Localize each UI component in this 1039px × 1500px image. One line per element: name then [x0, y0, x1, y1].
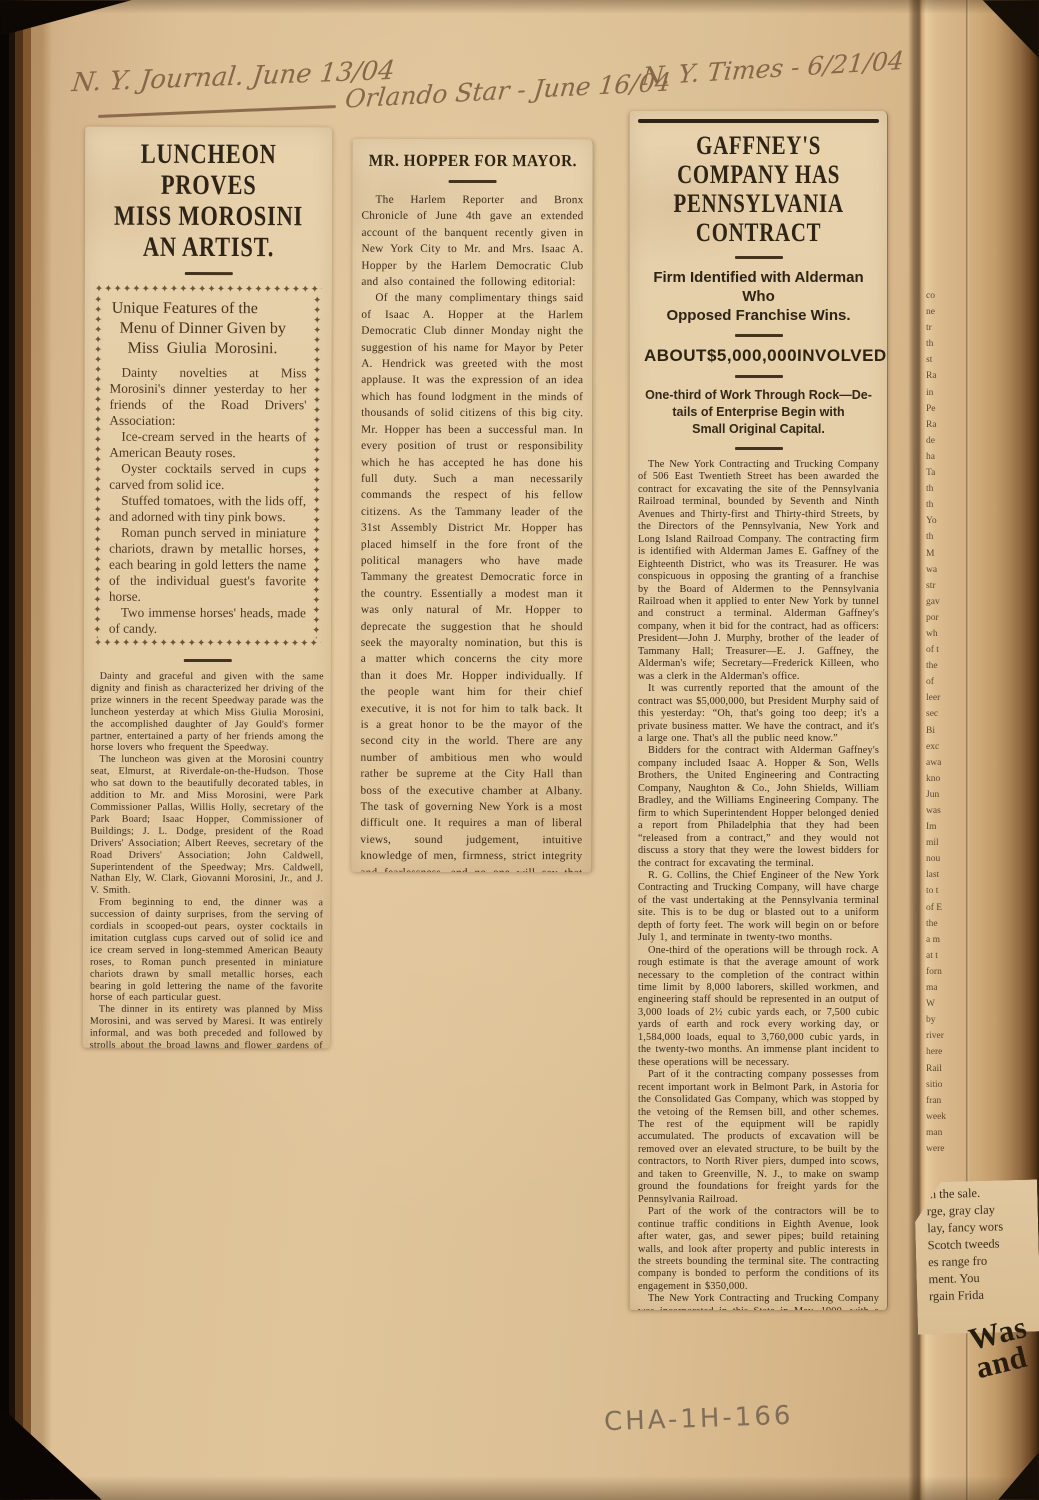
hopper-body: The Harlem Reporter and Bronx Chronicle … — [360, 192, 583, 872]
menu-item: Stuffed tomatoes, with the lids off, and… — [109, 493, 306, 526]
gaffney-headline: GAFFNEY'S COMPANY HAS PENNSYLVANIA CONTR… — [638, 131, 879, 247]
menu-item: Dainty novelties at Miss Morosini's dinn… — [109, 365, 306, 430]
ornament-border-bottom: ✦✦✦✦✦✦✦✦✦✦✦✦✦✦✦✦✦✦✦✦✦✦✦✦✦✦✦✦✦✦✦✦✦✦✦✦✦✦✦✦ — [94, 638, 321, 651]
annotation-underline — [98, 105, 336, 118]
clipping-morosini: LUNCHEON PROVES MISS MOROSINI AN ARTIST.… — [83, 127, 332, 1049]
divider — [735, 375, 783, 378]
gaffney-subdeck: One-third of Work Through Rock—De- tails… — [638, 387, 879, 438]
binding-torn-edge — [0, 0, 52, 1500]
top-edge-shadow — [0, 0, 1039, 14]
menu-item: Ice-cream served in the hearts of Americ… — [109, 429, 306, 462]
morosini-body: Dainty and graceful and given with the s… — [90, 671, 324, 1049]
gaffney-subhead: Firm Identified with Alderman Who Oppose… — [638, 268, 879, 325]
menu-item: Two immense horses' heads, made of candy… — [109, 605, 306, 638]
ornament-border-left: ✦✦✦✦✦✦✦✦✦✦✦✦✦✦✦✦✦✦✦✦✦✦✦✦✦✦✦✦✦✦✦✦✦✦✦✦✦✦✦✦… — [92, 296, 105, 638]
paragraph: One-third of the operations will be thro… — [638, 945, 879, 1070]
paragraph: The dinner in its entirety was planned b… — [90, 1004, 323, 1048]
paragraph: From beginning to end, the dinner was a … — [90, 897, 323, 1005]
hopper-headline: MR. HOPPER FOR MAYOR. — [362, 151, 584, 171]
clipping-edge-fragments: co ne tr th st Ra in Pe Ra de ha Ta th t… — [926, 288, 958, 1190]
catalog-number: CHA-1H-166 — [604, 1401, 794, 1438]
divider — [449, 180, 497, 183]
ornament-border-top: ✦✦✦✦✦✦✦✦✦✦✦✦✦✦✦✦✦✦✦✦✦✦✦✦✦✦✦✦✦✦✦✦✦✦✦✦✦✦✦✦ — [95, 284, 322, 297]
menu-item: Oyster cocktails served in cups carved f… — [109, 461, 306, 494]
clipping-hopper: MR. HOPPER FOR MAYOR. The Harlem Reporte… — [351, 139, 593, 872]
paragraph: Dainty and graceful and given with the s… — [91, 671, 324, 755]
divider — [735, 256, 783, 259]
paragraph: The Harlem Reporter and Bronx Chronicle … — [361, 192, 583, 291]
paragraph: The New York Contracting and Trucking Co… — [638, 1293, 879, 1310]
paragraph: The luncheon was given at the Morosini c… — [90, 754, 323, 897]
morosini-headline: LUNCHEON PROVES MISS MOROSINI AN ARTIST. — [92, 139, 325, 264]
paragraph: R. G. Collins, the Chief Engineer of the… — [638, 870, 879, 945]
gaffney-deck: ABOUT $5,000,000 INVOLVED — [638, 346, 879, 366]
clipping-gaffney: GAFFNEY'S COMPANY HAS PENNSYLVANIA CONTR… — [629, 111, 888, 1310]
scrapbook-page: co ne tr th st Ra in Pe Ra de ha Ta th t… — [0, 0, 1039, 1500]
menu-title: Unique Features of the Menu of Dinner Gi… — [112, 299, 307, 360]
menu-ornament-box: ✦✦✦✦✦✦✦✦✦✦✦✦✦✦✦✦✦✦✦✦✦✦✦✦✦✦✦✦✦✦✦✦✦✦✦✦✦✦✦✦… — [92, 284, 324, 651]
divider — [735, 447, 783, 450]
paragraph: Part of it the contracting company posse… — [638, 1069, 879, 1206]
bottom-edge-shadow — [0, 1476, 1039, 1500]
divider — [735, 334, 783, 337]
annotation-ny-times: N. Y. Times - 6/21/04 — [641, 46, 905, 91]
paragraph: The New York Contracting and Trucking Co… — [638, 459, 879, 683]
paragraph: It was currently reported that the amoun… — [638, 683, 879, 745]
paragraph: Bidders for the contract with Alderman G… — [638, 745, 879, 870]
divider — [184, 272, 232, 275]
gaffney-body: The New York Contracting and Trucking Co… — [638, 459, 879, 1310]
deck-amount: $5,000,000 — [707, 346, 797, 366]
ornament-border-right: ✦✦✦✦✦✦✦✦✦✦✦✦✦✦✦✦✦✦✦✦✦✦✦✦✦✦✦✦✦✦✦✦✦✦✦✦✦✦✦✦… — [311, 296, 324, 638]
divider — [183, 659, 231, 662]
deck-word: ABOUT — [644, 346, 707, 366]
paragraph: Part of the work of the contractors will… — [638, 1206, 879, 1293]
deck-word: INVOLVED — [797, 346, 887, 366]
paragraph: Of the many complimentary things said of… — [360, 290, 583, 872]
menu-item: Roman punch served in miniature chariots… — [109, 525, 306, 606]
headline-top-rule — [638, 119, 879, 123]
